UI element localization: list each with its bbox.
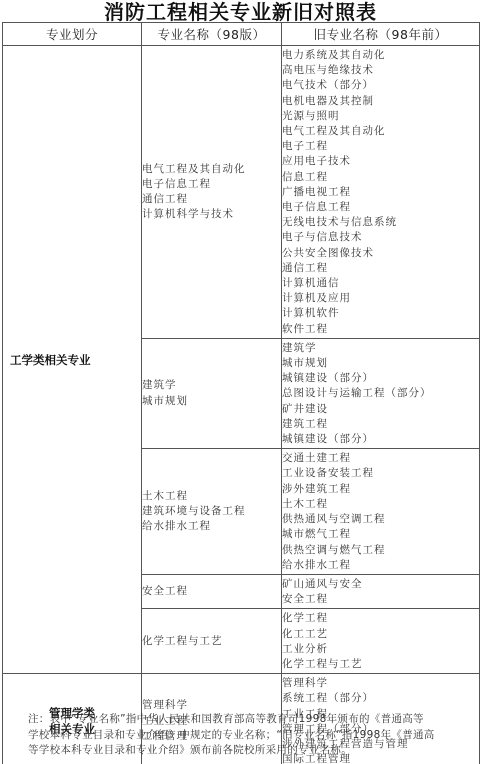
page-title: 消防工程相关专业新旧对照表 [0,1,481,23]
old-major-name: 化学工程与工艺 [282,657,479,672]
old-major-name: 矿井建设 [282,402,479,417]
old-major-name: 应用电子技术 [282,154,479,169]
new-major-list: 化学工程与工艺 [142,634,281,649]
old-major-name: 电子信息工程 [282,200,479,215]
old-major-name: 化工工艺 [282,627,479,642]
new-major-name: 土木工程 [142,489,281,504]
old-major-name: 城市规划 [282,356,479,371]
new-major-name: 安全工程 [142,584,281,599]
footnote-line: 学校本科专业目录和专业介绍》中规定的专业名称；“旧专业名称”指1998年《普通高 [28,728,468,744]
old-major-name: 工业设备安装工程 [282,466,479,481]
header-category: 专业划分 [3,23,142,46]
old-major-name: 管理科学 [282,676,479,691]
old-major-name: 城镇建设（部分） [282,371,479,386]
old-major-name: 电机电器及其控制 [282,94,479,109]
new-major-cell: 化学工程与工艺 [142,609,282,674]
new-major-name: 城市规划 [142,394,281,409]
old-major-name: 安全工程 [282,592,479,607]
category-label: 工学类相关专业 [3,352,141,368]
old-major-name: 计算机及应用 [282,291,479,306]
new-major-list: 建筑学城市规划 [142,378,281,408]
category-text: 工学类相关专业 [10,352,141,368]
old-major-name: 无线电技术与信息系统 [282,215,479,230]
new-major-cell: 建筑学城市规划 [142,338,282,448]
old-major-name: 建筑学 [282,341,479,356]
old-major-cell: 矿山通风与安全安全工程 [282,574,480,608]
new-major-name: 建筑学 [142,378,281,393]
old-major-name: 光源与照明 [282,109,479,124]
old-major-name: 建筑工程 [282,417,479,432]
new-major-name: 计算机科学与技术 [142,207,281,222]
new-major-name: 建筑环境与设备工程 [142,504,281,519]
old-major-name: 信息工程 [282,170,479,185]
old-major-name: 广播电视工程 [282,185,479,200]
old-major-name: 矿山通风与安全 [282,577,479,592]
old-major-name: 土木工程 [282,497,479,512]
old-major-list: 化学工程化工工艺工业分析化学工程与工艺 [282,609,479,673]
new-major-cell: 安全工程 [142,574,282,608]
old-major-list: 电力系统及其自动化高电压与绝缘技术电气技术（部分）电机电器及其控制光源与照明电气… [282,46,479,338]
old-major-name: 工业分析 [282,642,479,657]
footnote-line: 注：表中“专业名称”指中华人民共和国教育部高等教育司1998年颁布的《普通高等 [28,712,468,728]
old-major-name: 涉外建筑工程 [282,482,479,497]
header-old-name: 旧专业名称（98年前） [282,23,480,46]
old-major-name: 城镇建设（部分） [282,432,479,447]
old-major-name: 化学工程 [282,611,479,626]
table-row: 工学类相关专业电气工程及其自动化电子信息工程通信工程计算机科学与技术电力系统及其… [3,46,480,339]
old-major-list: 矿山通风与安全安全工程 [282,575,479,608]
old-major-name: 高电压与绝缘技术 [282,63,479,78]
old-major-name: 供热通风与空调工程 [282,512,479,527]
old-major-list: 交通土建工程工业设备安装工程涉外建筑工程土木工程供热通风与空调工程城市燃气工程供… [282,449,479,574]
new-major-list: 电气工程及其自动化电子信息工程通信工程计算机科学与技术 [142,162,281,223]
new-major-list: 土木工程建筑环境与设备工程给水排水工程 [142,489,281,535]
old-major-cell: 建筑学城市规划城镇建设（部分）总图设计与运输工程（部分）矿井建设建筑工程城镇建设… [282,338,480,448]
footnote-line: 等学校本科专业目录和专业介绍》颁布前各院校所采用的专业名称。 [28,743,468,759]
old-major-name: 电子与信息技术 [282,230,479,245]
major-comparison-table: 专业划分 专业名称（98版） 旧专业名称（98年前） 工学类相关专业电气工程及其… [2,22,480,764]
old-major-name: 通信工程 [282,261,479,276]
new-major-name: 通信工程 [142,192,281,207]
old-major-name: 软件工程 [282,322,479,337]
old-major-cell: 交通土建工程工业设备安装工程涉外建筑工程土木工程供热通风与空调工程城市燃气工程供… [282,449,480,575]
old-major-name: 电力系统及其自动化 [282,48,479,63]
old-major-name: 系统工程（部分） [282,691,479,706]
old-major-name: 计算机软件 [282,306,479,321]
old-major-list: 建筑学城市规划城镇建设（部分）总图设计与运输工程（部分）矿井建设建筑工程城镇建设… [282,339,479,448]
new-major-name: 电气工程及其自动化 [142,162,281,177]
new-major-name: 给水排水工程 [142,519,281,534]
category-cell: 工学类相关专业 [3,46,142,674]
old-major-cell: 化学工程化工工艺工业分析化学工程与工艺 [282,609,480,674]
table-body: 工学类相关专业电气工程及其自动化电子信息工程通信工程计算机科学与技术电力系统及其… [3,46,480,764]
old-major-name: 电气技术（部分） [282,78,479,93]
new-major-name: 电子信息工程 [142,177,281,192]
old-major-name: 给水排水工程 [282,558,479,573]
old-major-name: 计算机通信 [282,276,479,291]
old-major-name: 电气工程及其自动化 [282,124,479,139]
old-major-name: 电子工程 [282,139,479,154]
old-major-name: 公共安全图像技术 [282,246,479,261]
table-header-row: 专业划分 专业名称（98版） 旧专业名称（98年前） [3,23,480,46]
old-major-name: 总图设计与运输工程（部分） [282,386,479,401]
new-major-name: 化学工程与工艺 [142,634,281,649]
header-new-name: 专业名称（98版） [142,23,282,46]
new-major-cell: 电气工程及其自动化电子信息工程通信工程计算机科学与技术 [142,46,282,339]
old-major-name: 交通土建工程 [282,451,479,466]
old-major-name: 城市燃气工程 [282,527,479,542]
footnote: 注：表中“专业名称”指中华人民共和国教育部高等教育司1998年颁布的《普通高等 … [28,712,468,759]
old-major-cell: 电力系统及其自动化高电压与绝缘技术电气技术（部分）电机电器及其控制光源与照明电气… [282,46,480,339]
new-major-cell: 土木工程建筑环境与设备工程给水排水工程 [142,449,282,575]
old-major-name: 供热空调与燃气工程 [282,543,479,558]
new-major-list: 安全工程 [142,584,281,599]
